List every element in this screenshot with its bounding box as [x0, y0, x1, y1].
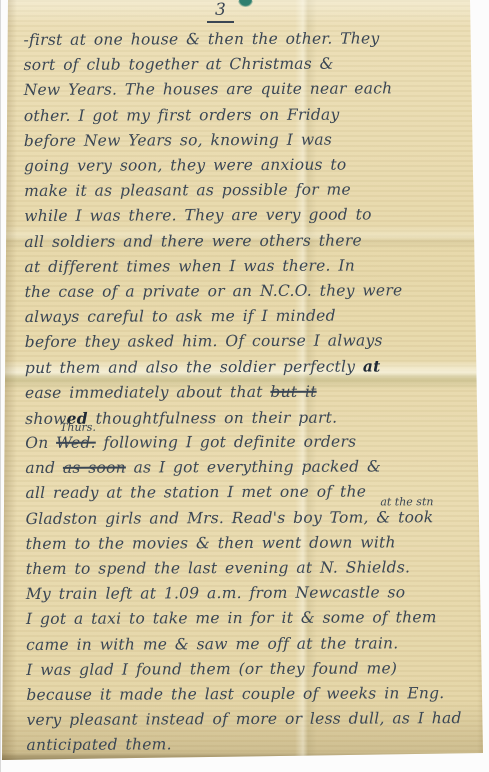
- scanned-letter-page: 3 -first at one house & then the other. …: [0, 0, 489, 772]
- handwriting-text: put them and also the soldier perfectly: [25, 358, 363, 377]
- struck-text: but it: [270, 382, 316, 400]
- letter-line: before New Years so, knowing I was: [24, 127, 476, 154]
- letter-line: very pleasant instead of more or less du…: [26, 706, 478, 733]
- letter-line: always careful to ask me if I minded: [25, 303, 477, 330]
- letter-line: I was glad I found them (or they found m…: [26, 656, 478, 683]
- letter-line: On Wed.Thurs. following I got definite o…: [25, 429, 477, 456]
- letter-line: -first at one house & then the other. Th…: [23, 26, 475, 53]
- inserted-text: at the stn: [380, 496, 433, 507]
- page-number: 3: [207, 1, 234, 23]
- letter-line: sort of club together at Christmas &: [24, 51, 476, 78]
- letter-line: came in with me & saw me off at the trai…: [26, 631, 478, 658]
- handwriting-text: before they asked him. Of course I alway…: [25, 332, 383, 352]
- handwriting-text: all ready at the station I met one of th…: [25, 483, 366, 502]
- handwriting-text: Gladston girls and Mrs. Read's boy Tom,: [26, 508, 377, 528]
- struck-text: as soon: [63, 459, 126, 477]
- handwriting-text: other. I got my first orders on Friday: [24, 105, 340, 124]
- handwriting-text: & tookat the stn: [376, 508, 433, 526]
- handwriting-text: and: [25, 459, 63, 477]
- handwriting-text: I was glad I found them (or they found m…: [26, 659, 397, 679]
- letter-line: ease immediately about that but it: [25, 379, 477, 406]
- letter-line: before they asked him. Of course I alway…: [25, 328, 477, 355]
- handwriting-text: as I got everything packed &: [126, 458, 381, 477]
- handwriting-text: because it made the last couple of weeks…: [26, 684, 444, 704]
- letter-line: My train left at 1.09 a.m. from Newcastl…: [26, 580, 478, 607]
- handwriting-text: On: [25, 434, 56, 452]
- letter-line: Gladston girls and Mrs. Read's boy Tom, …: [25, 505, 477, 532]
- handwriting-text: -first at one house & then the other. Th…: [23, 29, 379, 49]
- letter-line: make it as pleasant as possible for me: [24, 177, 476, 204]
- handwriting-text: at different times when I was there. In: [24, 256, 355, 275]
- letter-line: and as soon as I got everything packed &: [25, 454, 477, 481]
- handwriting-text: ease immediately about that: [25, 383, 270, 402]
- letter-line: anticipated them.: [26, 731, 478, 758]
- handwriting-text: following I got definite orders: [96, 433, 357, 452]
- handwriting-text: at: [363, 357, 381, 376]
- letter-line: because it made the last couple of weeks…: [26, 681, 478, 708]
- letter-line: at different times when I was there. In: [24, 253, 476, 280]
- letter-line: all soldiers and there were others there: [24, 228, 476, 255]
- letter-line: I got a taxi to take me in for it & some…: [26, 605, 478, 632]
- handwriting-text: sort of club together at Christmas &: [24, 55, 334, 74]
- handwriting-text: very pleasant instead of more or less du…: [26, 709, 461, 729]
- handwriting-text: all soldiers and there were others there: [24, 231, 362, 250]
- handwriting-text: thoughtfulness on their part.: [88, 408, 337, 427]
- handwriting-text: them to the movies & then went down with: [26, 533, 396, 553]
- letter-line: them to spend the last evening at N. Shi…: [26, 555, 478, 582]
- handwriting-text: before New Years so, knowing I was: [24, 130, 332, 149]
- handwriting-text: My train left at 1.09 a.m. from Newcastl…: [26, 583, 406, 603]
- letter-lines: -first at one house & then the other. Th…: [23, 26, 478, 758]
- handwriting-text: New Years. The houses are quite near eac…: [24, 80, 393, 100]
- handwriting-text: anticipated them.: [26, 736, 171, 755]
- struck-text: Wed.Thurs.: [56, 434, 96, 452]
- handwriting-text: the case of a private or an N.C.O. they …: [25, 281, 403, 301]
- handwriting-text: I got a taxi to take me in for it & some…: [26, 609, 437, 629]
- handwriting-text: came in with me & saw me off at the trai…: [26, 634, 398, 654]
- letter-line: other. I got my first orders on Friday: [24, 102, 476, 129]
- handwriting-text: always careful to ask me if I minded: [25, 307, 336, 326]
- inserted-text: Thurs.: [60, 422, 96, 433]
- letter-line: them to the movies & then went down with: [26, 530, 478, 557]
- letter-line: the case of a private or an N.C.O. they …: [25, 278, 477, 305]
- letter-line: put them and also the soldier perfectly …: [25, 353, 477, 380]
- handwriting-text: going very soon, they were anxious to: [24, 156, 347, 175]
- letter-line: while I was there. They are very good to: [24, 202, 476, 229]
- handwriting-text: make it as pleasant as possible for me: [24, 181, 351, 200]
- letter-line: New Years. The houses are quite near eac…: [24, 76, 476, 103]
- handwriting-text: them to spend the last evening at N. Shi…: [26, 558, 411, 578]
- handwriting-text: while I was there. They are very good to: [24, 206, 372, 226]
- letter-line: going very soon, they were anxious to: [24, 152, 476, 179]
